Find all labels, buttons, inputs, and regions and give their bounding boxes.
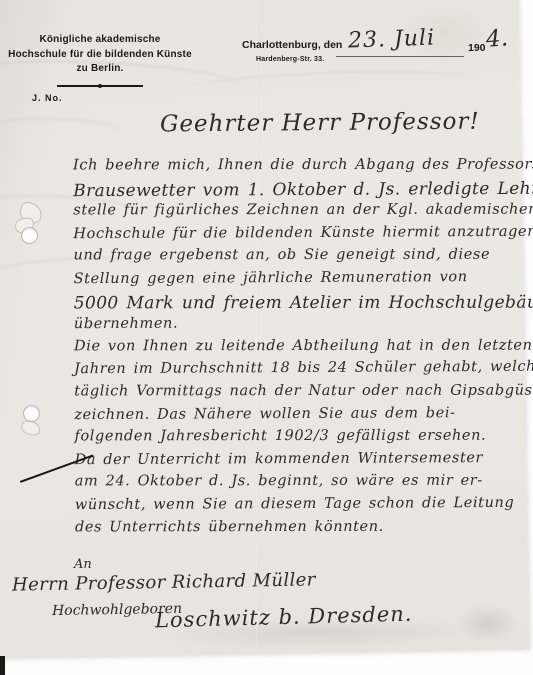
body-line: zeichnen. Das Nähere wollen Sie aus dem … bbox=[74, 404, 524, 429]
handwritten-year-digit: 4. bbox=[485, 25, 509, 52]
body-line: am 24. Oktober d. Js. beginnt, so wäre e… bbox=[75, 473, 525, 496]
institution-line: Königliche akademische bbox=[8, 33, 192, 48]
letterhead-rule bbox=[57, 85, 143, 87]
institution-line: Hochschule für die bildenden Künste bbox=[8, 48, 192, 63]
place-date-label: Charlottenburg, den bbox=[242, 39, 342, 51]
body-line: und frage ergebenst an, ob Sie geneigt s… bbox=[74, 247, 524, 270]
date-underline bbox=[336, 56, 464, 57]
body-line: folgenden Jahresbericht 1902/3 gefälligs… bbox=[74, 428, 524, 451]
street-address: Hardenberg-Str. 33. bbox=[256, 56, 324, 63]
scan-edge-shadow bbox=[0, 656, 5, 675]
body-line: Die von Ihnen zu leitende Abtheilung hat… bbox=[74, 337, 524, 360]
salutation: Geehrter Herr Professor! bbox=[160, 109, 480, 138]
letter-body: Ich beehre mich, Ihnen die durch Abgang … bbox=[73, 156, 525, 542]
scanned-letter-page: Königliche akademische Hochschule für di… bbox=[0, 0, 533, 675]
letterhead-institution: Königliche akademische Hochschule für di… bbox=[8, 33, 192, 77]
body-line: täglich Vormittags nach der Natur oder n… bbox=[74, 383, 524, 406]
body-line: Jahren im Durchschnitt 18 bis 24 Schüler… bbox=[74, 359, 524, 384]
printed-year: 190 bbox=[468, 42, 486, 54]
body-line: übernehmen. bbox=[74, 314, 524, 339]
punch-hole bbox=[22, 228, 37, 243]
body-line: Ich beehre mich, Ihnen die durch Abgang … bbox=[73, 157, 523, 180]
body-line: des Unterrichts übernehmen könnten. bbox=[75, 518, 525, 541]
handwritten-date: 23. Juli bbox=[348, 25, 436, 53]
body-line: Stellung gegen eine jährliche Remunerati… bbox=[74, 269, 524, 294]
recipient-prefix: An bbox=[74, 557, 92, 572]
body-line: Brausewetter vom 1. Oktober d. Js. erled… bbox=[73, 178, 523, 203]
journal-number-label: J. No. bbox=[32, 93, 63, 103]
body-line: stelle für figürliches Zeichnen an der K… bbox=[73, 202, 523, 225]
body-line: Da der Unterricht im kommenden Wintersem… bbox=[75, 450, 525, 475]
institution-line: zu Berlin. bbox=[8, 62, 192, 77]
body-line: wünscht, wenn Sie an diesem Tage schon d… bbox=[75, 495, 525, 520]
body-line: 5000 Mark und freiem Atelier im Hochschu… bbox=[74, 292, 524, 315]
punch-hole bbox=[24, 406, 39, 421]
body-line: Hochschule für die bildenden Künste hier… bbox=[73, 224, 523, 249]
